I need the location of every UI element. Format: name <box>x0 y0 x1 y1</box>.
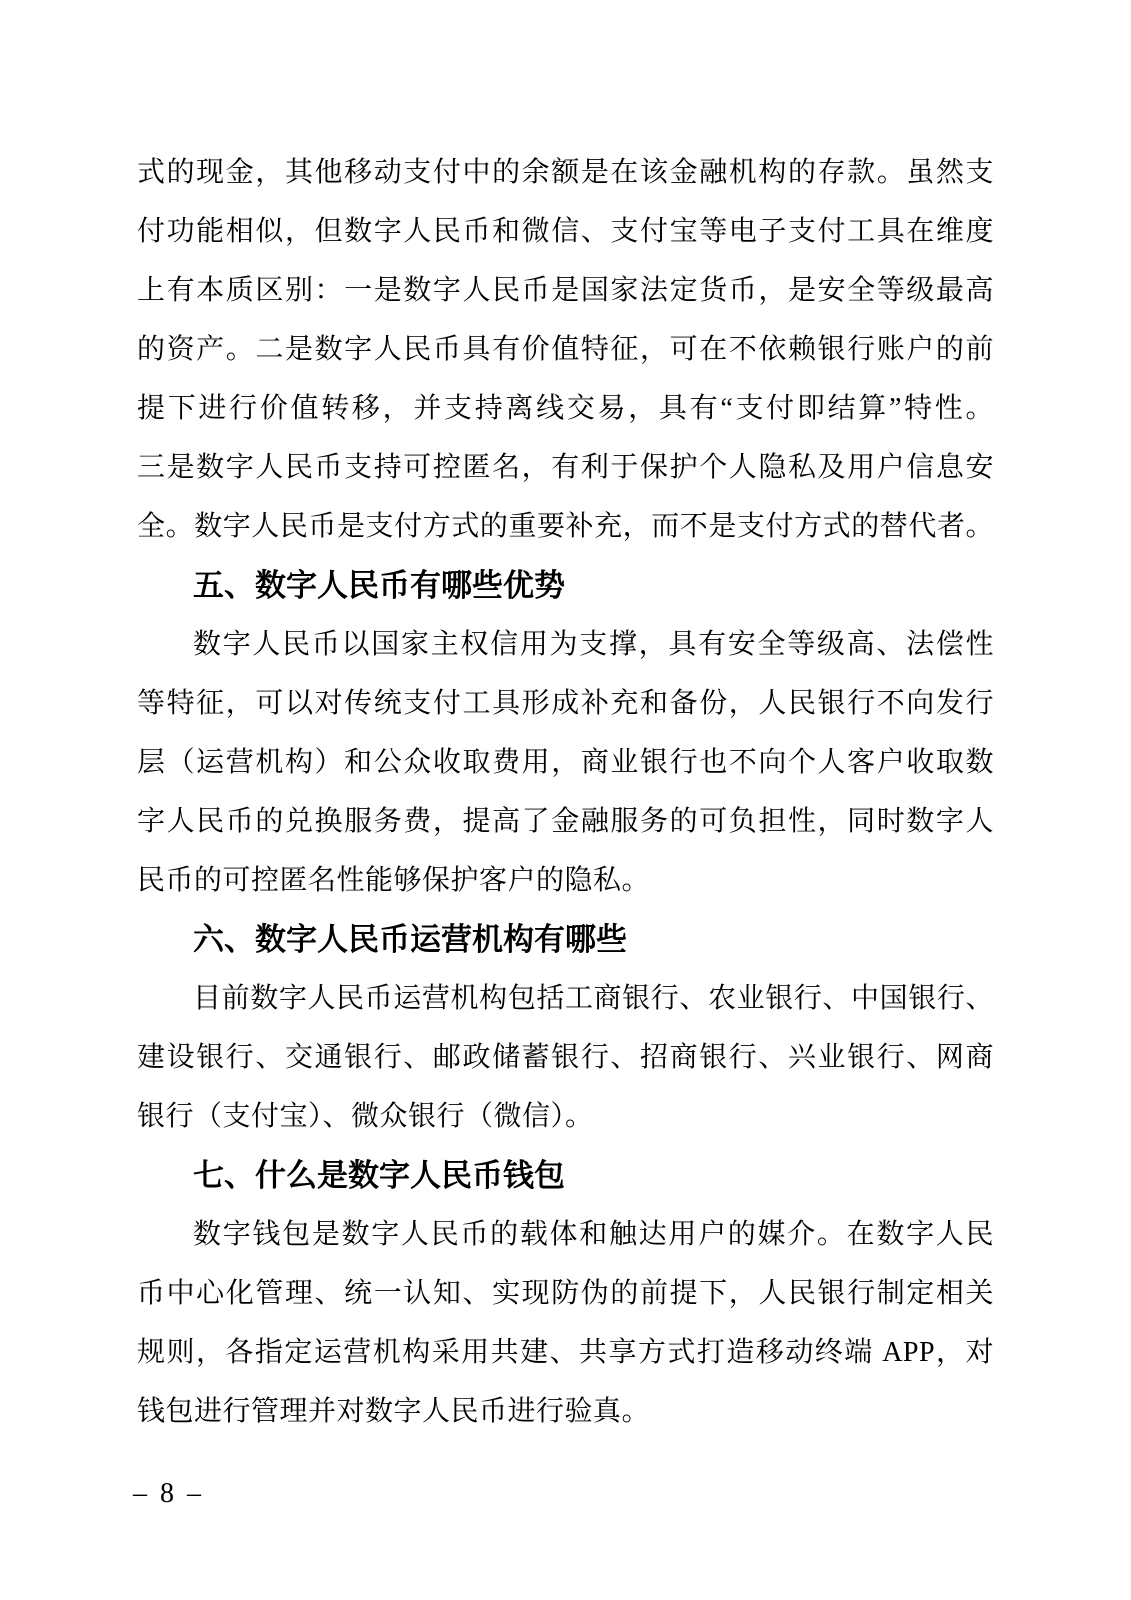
text-line: 等特征，可以对传统支付工具形成补充和备份，人民银行不向发行 <box>137 674 994 733</box>
text-line: 数字人民币以国家主权信用为支撑，具有安全等级高、法偿性 <box>137 615 994 674</box>
text-line: 付功能相似，但数字人民币和微信、支付宝等电子支付工具在维度 <box>137 202 994 261</box>
text-line: 钱包进行管理并对数字人民币进行验真。 <box>137 1382 994 1441</box>
text-line: 三是数字人民币支持可控匿名，有利于保护个人隐私及用户信息安 <box>137 438 994 497</box>
text-line: 建设银行、交通银行、邮政储蓄银行、招商银行、兴业银行、网商 <box>137 1028 994 1087</box>
text-line: 规则，各指定运营机构采用共建、共享方式打造移动终端 APP，对 <box>137 1323 994 1382</box>
text-line: 上有本质区别：一是数字人民币是国家法定货币，是安全等级最高 <box>137 261 994 320</box>
text-line: 银行（支付宝）、微众银行（微信）。 <box>137 1087 994 1146</box>
section-heading-five: 五、数字人民币有哪些优势 <box>137 556 994 615</box>
text-line: 民币的可控匿名性能够保护客户的隐私。 <box>137 851 994 910</box>
text-line: 式的现金，其他移动支付中的余额是在该金融机构的存款。虽然支 <box>137 143 994 202</box>
text-line: 全。数字人民币是支付方式的重要补充，而不是支付方式的替代者。 <box>137 497 994 556</box>
text-line: 目前数字人民币运营机构包括工商银行、农业银行、中国银行、 <box>137 969 994 1028</box>
text-line: 字人民币的兑换服务费，提高了金融服务的可负担性，同时数字人 <box>137 792 994 851</box>
document-page: 式的现金，其他移动支付中的余额是在该金融机构的存款。虽然支 付功能相似，但数字人… <box>0 0 1131 1600</box>
document-body: 式的现金，其他移动支付中的余额是在该金融机构的存款。虽然支 付功能相似，但数字人… <box>137 143 994 1441</box>
text-line: 数字钱包是数字人民币的载体和触达用户的媒介。在数字人民 <box>137 1205 994 1264</box>
text-line: 层（运营机构）和公众收取费用，商业银行也不向个人客户收取数 <box>137 733 994 792</box>
text-line: 币中心化管理、统一认知、实现防伪的前提下，人民银行制定相关 <box>137 1264 994 1323</box>
text-line: 提下进行价值转移，并支持离线交易，具有“支付即结算”特性。 <box>137 379 994 438</box>
section-heading-six: 六、数字人民币运营机构有哪些 <box>137 910 994 969</box>
section-heading-seven: 七、什么是数字人民币钱包 <box>137 1146 994 1205</box>
text-line: 的资产。二是数字人民币具有价值特征，可在不依赖银行账户的前 <box>137 320 994 379</box>
page-number: – 8 – <box>133 1478 204 1510</box>
